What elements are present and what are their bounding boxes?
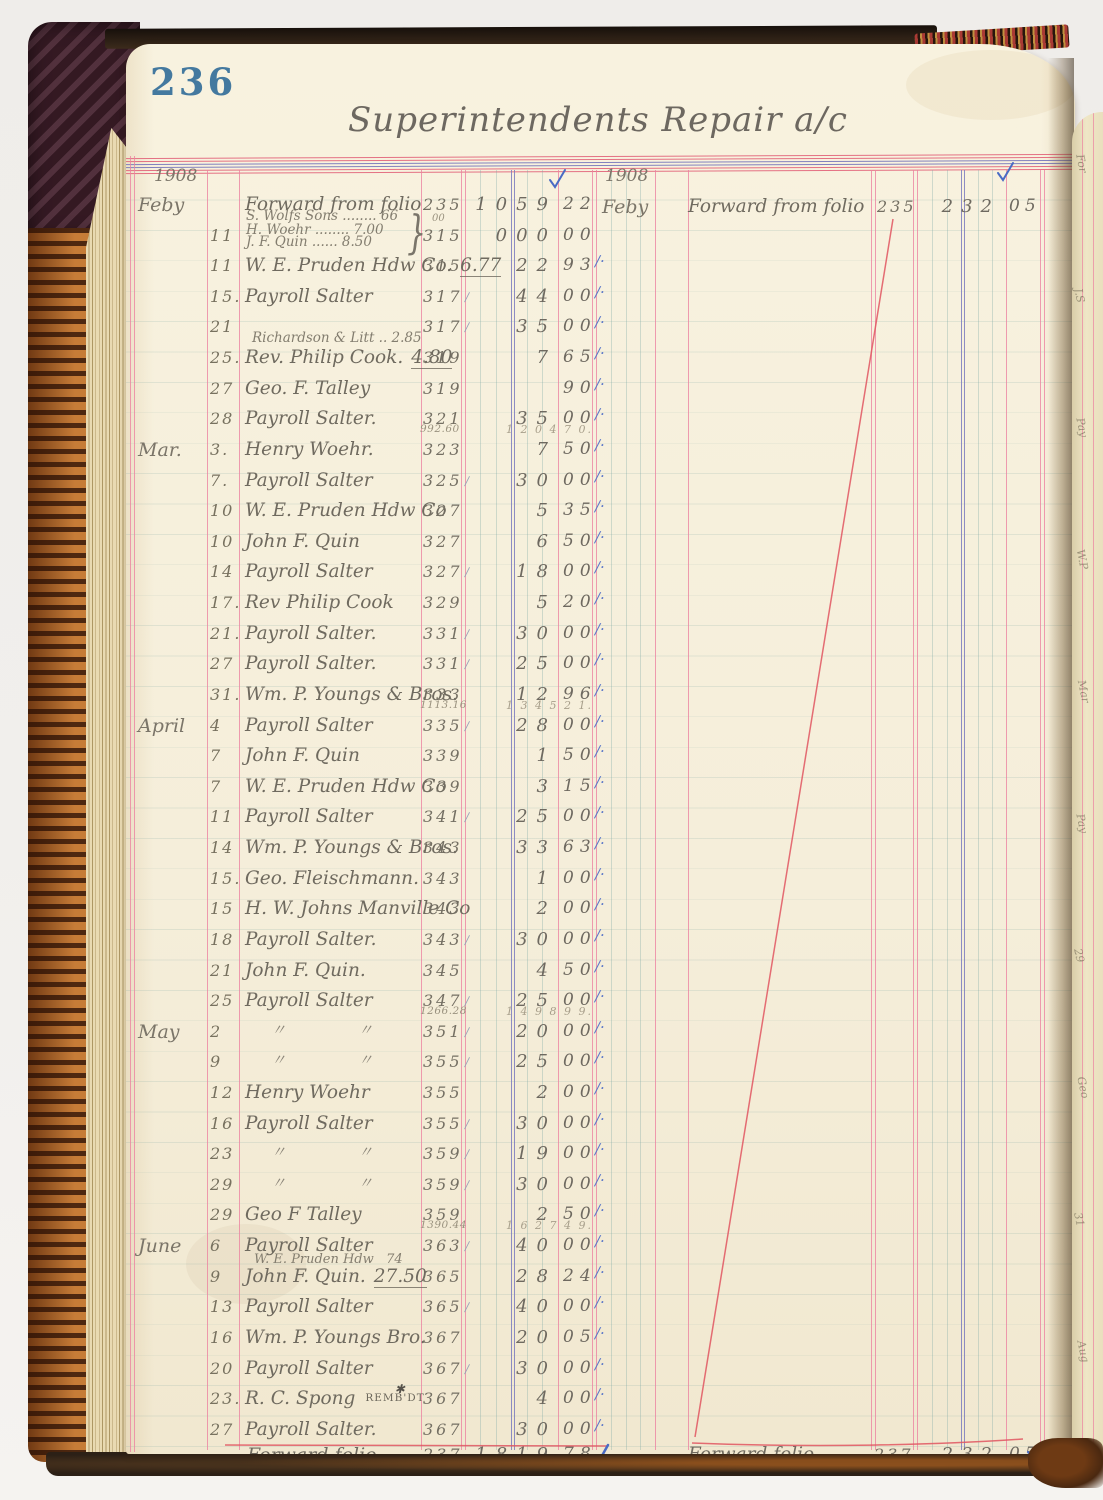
ledger-entry-row: 25Payroll Salter347∕1266.2825001 4 9 8 9… [126, 990, 1073, 1021]
leather-wear-blotch [1028, 1438, 1103, 1488]
folio-check-mark: ∕ [465, 719, 469, 733]
entry-amount-dollars: 6 [537, 531, 557, 552]
forward-amount-dollars: 232 [942, 1444, 1000, 1454]
entry-description-text: Payroll Salter [245, 561, 373, 582]
entry-amount-dollars: 19 [516, 1143, 557, 1164]
entry-description-text: Payroll Salter. [245, 1419, 377, 1440]
entry-amount-cents: 50 [563, 960, 597, 980]
entry-description: Payroll Salter. [245, 1419, 377, 1440]
entry-day: 18 [210, 930, 234, 949]
entry-amount-dollars: 33 [516, 837, 557, 858]
entry-amount-dollars: 5 [537, 500, 557, 521]
posting-tick-mark: ∕· [595, 313, 605, 331]
entry-day: 9 [210, 1267, 222, 1286]
entry-folio: 315 [423, 256, 463, 275]
entry-description-text: John F. Quin. [245, 1266, 366, 1287]
entry-description: Henry Woehr. [245, 439, 374, 460]
entry-description-text: John F. Quin [245, 745, 360, 766]
entry-folio: 329 [423, 593, 463, 612]
entry-description-text: Geo F Talley [245, 1204, 362, 1225]
entry-amount-dollars: 20 [516, 1021, 557, 1042]
entry-day: 23 [210, 1144, 234, 1163]
ledger-entry-row: May2〃〃351∕2000∕· [126, 1021, 1073, 1052]
posting-tick-mark: ∕· [595, 1416, 605, 1434]
entry-amount-dollars: 7 [537, 439, 557, 460]
entry-description: John F. Quin [245, 745, 360, 766]
entry-amount-cents: 63 [563, 837, 597, 857]
ledger-entry-row: 7John F. Quin339150∕· [126, 745, 1073, 776]
posting-tick-mark: ∕· [595, 1324, 605, 1342]
entry-description-text: R. C. Spong [245, 1388, 355, 1409]
entry-day: 12 [210, 1083, 234, 1102]
entry-day: 31. [210, 685, 241, 704]
entry-folio: 327 [423, 562, 463, 581]
posting-tick-mark: ∕· [595, 1079, 605, 1097]
entry-amount-dollars: 30 [516, 1358, 557, 1379]
ledger-entry-row: 15.Geo. Fleischmann.343100∕· [126, 868, 1073, 899]
ledger-entry-row: 18Payroll Salter.343∕3000∕· [126, 929, 1073, 960]
entry-amount-dollars: 2 [537, 1082, 557, 1103]
ledger-entry-row: April4Payroll Salter335∕2800∕· [126, 715, 1073, 746]
entry-amount-cents: 00 [563, 898, 597, 918]
entry-folio: 319 [423, 379, 463, 398]
entry-description-text: Wm. P. Youngs Bro. [245, 1327, 426, 1348]
posting-tick-mark: ∕· [595, 1018, 605, 1036]
ditto-mark: 〃 [358, 1172, 373, 1193]
entry-description: John F. Quin.27.50 [245, 1266, 427, 1287]
entry-amount-cents: 00 [563, 1235, 597, 1255]
entry-amount-cents: 00 [563, 1358, 597, 1378]
entry-description: John F. Quin. [245, 960, 366, 981]
next-page-scribble: Aug [1074, 1339, 1091, 1363]
entry-description-text: W. E. Pruden Hdw Co. [245, 255, 452, 276]
entry-description-text: Geo. Fleischmann. [245, 868, 419, 889]
underlined-amount-note: 6.77 [460, 255, 501, 277]
ledger-entry-row: Mar.3.Henry Woehr.323750∕· [126, 439, 1073, 470]
entry-description-text: Geo. F. Talley [245, 378, 370, 399]
entry-description: Payroll Salter [245, 806, 373, 827]
entry-month: Mar. [138, 439, 182, 461]
entry-amount-cents: 00 [563, 653, 597, 673]
ledger-entry-row: 20Payroll Salter367∕3000∕· [126, 1358, 1073, 1389]
ditto-mark: 〃 [358, 1019, 373, 1040]
entry-day: 4 [210, 716, 222, 735]
entry-day: 21 [210, 961, 234, 980]
entry-amount-dollars: 22 [516, 255, 557, 276]
entry-amount-cents: 50 [563, 531, 597, 551]
entry-day: 15. [210, 869, 241, 888]
entry-description: R. C. SpongREMB'DT✱ [245, 1388, 435, 1409]
entry-day: 9 [210, 1052, 222, 1071]
entry-month: April [138, 715, 185, 737]
pencil-running-total: 1 6 2 7 4 9. [506, 1219, 593, 1232]
entry-description: Geo. Fleischmann. [245, 868, 419, 889]
entry-amount-cents: 00 [563, 1082, 597, 1102]
entry-amount-dollars: 5 [537, 592, 557, 613]
entry-amount-dollars: 40 [516, 1296, 557, 1317]
entry-month: May [138, 1021, 180, 1043]
ledger-entry-row: 17.Rev Philip Cook329520∕· [126, 592, 1073, 623]
entry-description-text: W. E. Pruden Hdw Co [245, 500, 447, 521]
posting-tick-mark: ∕· [595, 742, 605, 760]
entry-folio: 367 [423, 1389, 463, 1408]
year-label-right: 1908 [605, 166, 648, 186]
entry-folio: 343 [423, 838, 463, 857]
folio-pencil-note: 1266.28 [420, 1005, 467, 1017]
entry-folio: 341 [423, 807, 463, 826]
entry-amount-cents: 00 [563, 286, 597, 306]
ledger-entry-row: 11W. E. Pruden Hdw Co.6.773152293∕· [126, 255, 1073, 286]
entry-amount-dollars: 2 [537, 898, 557, 919]
entry-amount-cents: 00 [563, 1143, 597, 1163]
ledger-entry-row: 11Payroll Salter341∕2500∕· [126, 806, 1073, 837]
entry-description: Geo. F. Talley [245, 378, 370, 399]
forward-label: Forward folio [688, 1444, 814, 1454]
entry-amount-dollars: 4 [537, 1388, 557, 1409]
entry-day: 29 [210, 1205, 234, 1224]
entry-amount-cents: 00 [563, 1113, 597, 1133]
next-page-scribble: J.S [1072, 287, 1087, 304]
entry-amount-cents: 00 [563, 316, 597, 336]
entry-folio: 367 [423, 1359, 463, 1378]
entry-month: Feby [602, 196, 648, 218]
next-page-scribble: 29 [1072, 947, 1087, 963]
posting-tick-mark: ∕· [595, 1110, 605, 1128]
entry-description: Payroll Salter [245, 715, 373, 736]
posting-tick-mark: ∕· [595, 773, 605, 791]
entry-description-text: Payroll Salter. [245, 653, 377, 674]
entry-amount-cents: 90 [563, 378, 597, 398]
entry-description: Payroll Salter. [245, 653, 377, 674]
entry-folio: 325 [423, 471, 463, 490]
folio-check-mark: ∕ [465, 1362, 469, 1376]
entry-amount-cents: 00 [563, 1174, 597, 1194]
entry-amount-dollars: 30 [516, 470, 557, 491]
entry-amount-cents: 05 [1009, 196, 1041, 216]
entry-amount-dollars: 3 [537, 776, 557, 797]
account-title: Superintendents Repair a/c [348, 100, 848, 140]
entry-amount-cents: 00 [563, 225, 597, 245]
folio-check-mark: ∕ [465, 1178, 469, 1192]
ledger-page: 236 Superintendents Repair a/c [126, 44, 1075, 1454]
entry-amount-dollars: 232 [942, 196, 1000, 217]
posting-tick-mark: ∕· [595, 405, 605, 423]
entry-note-below: Richardson & Litt .. 2.85 [252, 330, 422, 346]
entry-folio: 331 [423, 654, 463, 673]
entry-description-text: Henry Woehr [245, 1082, 370, 1103]
posting-tick-mark: ∕· [595, 1355, 605, 1373]
entry-day: 15 [210, 899, 234, 918]
star-icon: ✱ [395, 1382, 405, 1396]
posting-tick-mark: ∕· [595, 650, 605, 668]
entry-folio: 343 [423, 899, 463, 918]
entry-amount-dollars: 20 [516, 1327, 557, 1348]
entry-description: Wm. P. Youngs Bro. [245, 1327, 426, 1348]
entry-amount-cents: 50 [563, 439, 597, 459]
entry-folio: 367 [423, 1328, 463, 1347]
posting-tick-mark: ∕· [595, 1293, 605, 1311]
column-rule [1082, 112, 1083, 1460]
entry-amount-dollars: 30 [516, 929, 557, 950]
entry-amount-cents: 00 [563, 1419, 597, 1439]
ledger-entry-row: 21Richardson & Litt .. 2.85317∕3500∕· [126, 316, 1073, 347]
ditto-mark: 〃 [271, 1019, 286, 1040]
posting-tick-mark: ∕· [595, 681, 605, 699]
posting-tick-mark: ∕· [595, 497, 605, 515]
entry-description-text: Payroll Salter [245, 1113, 373, 1134]
entry-description: Rev. Philip Cook.4.80 [245, 347, 452, 368]
ledger-entry-row: 27Payroll Salter.331∕2500∕· [126, 653, 1073, 684]
entry-amount-cents: 20 [563, 592, 597, 612]
next-page-scribble: 31 [1072, 1211, 1087, 1227]
entry-day: 15. [210, 287, 241, 306]
entry-description: Payroll Salter [245, 990, 373, 1011]
ditto-mark: 〃 [358, 1141, 373, 1162]
entry-month: June [138, 1235, 181, 1257]
posting-tick-mark: ∕· [595, 344, 605, 362]
entry-day: 25 [210, 991, 234, 1010]
folio-check-mark: ∕ [465, 1239, 469, 1253]
entry-amount-cents: 00 [563, 715, 597, 735]
entry-description: John F. Quin [245, 531, 360, 552]
entry-amount-cents: 00 [563, 1021, 597, 1041]
posting-tick-mark: ∕· [595, 1263, 605, 1281]
ledger-entry-row: 23.R. C. SpongREMB'DT✱367400∕· [126, 1388, 1073, 1419]
folio-check-mark: ∕ [465, 1055, 469, 1069]
folio-check-mark: ∕ [465, 1147, 469, 1161]
entry-amount-dollars: 1 [537, 745, 557, 766]
entry-description: Rev Philip Cook [245, 592, 394, 613]
posting-tick-mark: ∕· [595, 467, 605, 485]
entry-folio: 343 [423, 930, 463, 949]
posting-tick-mark: ∕· [595, 895, 605, 913]
entry-amount-cents: 00 [563, 1388, 597, 1408]
entry-day: 16 [210, 1114, 234, 1133]
entry-folio: 355 [423, 1052, 463, 1071]
forward-total-row-right: Forward folio 237 232 05 [126, 1444, 1073, 1454]
entry-day: 10 [210, 532, 234, 551]
entry-description-text: Rev. Philip Cook. [245, 347, 403, 368]
entry-folio: 327 [423, 501, 463, 520]
entry-amount-dollars: 30 [516, 1174, 557, 1195]
entry-description-text: Payroll Salter [245, 715, 373, 736]
entry-folio: 323 [423, 440, 463, 459]
underlined-amount-note: 27.50 [374, 1266, 427, 1288]
entry-description-text: Payroll Salter [245, 990, 373, 1011]
next-page-scribble: For [1073, 153, 1090, 174]
entry-description: Payroll Salter. [245, 408, 377, 429]
entry-description: Payroll Salter [245, 1296, 373, 1317]
posting-tick-mark: ∕· [595, 620, 605, 638]
entry-amount-cents: 65 [563, 347, 597, 367]
ledger-entry-row: 16Payroll Salter355∕3000∕· [126, 1113, 1073, 1144]
entry-folio: 339 [423, 777, 463, 796]
entry-day: 10 [210, 501, 234, 520]
ledger-entry-row: 29Geo F Talley3591390.442501 6 2 7 4 9.∕… [126, 1204, 1073, 1235]
ledger-entry-row: 23〃〃359∕1900∕· [126, 1143, 1073, 1174]
entry-amount-dollars: 18 [516, 561, 557, 582]
entry-day: 14 [210, 838, 234, 857]
column-rule [1093, 112, 1094, 1460]
ditto-mark: 〃 [271, 1049, 286, 1070]
posting-tick-mark: ∕· [595, 558, 605, 576]
entry-amount-cents: 00 [563, 1296, 597, 1316]
entry-amount-cents: 15 [563, 776, 597, 796]
entry-description-text: Rev Philip Cook [245, 592, 394, 613]
book-bottom-edge [46, 1452, 1060, 1476]
entry-folio: 359 [423, 1144, 463, 1163]
ledger-entry-row: 15.Payroll Salter317∕4400∕· [126, 286, 1073, 317]
folio-check-mark: ∕ [465, 290, 469, 304]
entry-description: Payroll Salter. [245, 623, 377, 644]
entry-folio: 335 [423, 716, 463, 735]
pencil-running-total: 1 2 0 4 7 0. [506, 423, 593, 436]
ledger-entry-row: 7W. E. Pruden Hdw Co339315∕· [126, 776, 1073, 807]
entry-description: Payroll Salter [245, 1113, 373, 1134]
page-number: 236 [150, 60, 236, 104]
entry-amount-dollars: 7 [537, 347, 557, 368]
posting-tick-mark: ∕· [595, 1171, 605, 1189]
entry-day: 2 [210, 1022, 222, 1041]
entry-day: 11 [210, 807, 234, 826]
entry-description-text: Payroll Salter [245, 470, 373, 491]
entry-amount-dollars: 4 [537, 960, 557, 981]
ditto-mark: 〃 [271, 1172, 286, 1193]
entry-folio: 365 [423, 1267, 463, 1286]
folio-pencil-note: 1113.16 [420, 699, 467, 711]
entry-day: 6 [210, 1236, 222, 1255]
entry-amount-cents: 00 [563, 470, 597, 490]
ledger-entry-row: 16Wm. P. Youngs Bro.3672005∕· [126, 1327, 1073, 1358]
folio-check-mark: ∕ [465, 320, 469, 334]
folio-pencil-note: 992.60 [420, 423, 460, 435]
folio-check-mark: ∕ [465, 657, 469, 671]
posting-tick-mark: ∕· [595, 1385, 605, 1403]
entry-day: 11 [210, 226, 234, 245]
entry-day: 14 [210, 562, 234, 581]
book-fore-edge-stripes [28, 228, 90, 1462]
ledger-entry-row: 15H. W. Johns Manville Co343200∕· [126, 898, 1073, 929]
entry-description: Forward from folio [688, 196, 864, 217]
entry-description-text: W. E. Pruden Hdw Co [245, 776, 447, 797]
entry-amount-dollars: 000 [496, 225, 557, 246]
entry-amount-dollars: 25 [516, 1051, 557, 1072]
entry-amount-dollars: 1 [537, 868, 557, 889]
ledger-entry-row: 28Payroll Salter.321992.6035001 2 0 4 7 … [126, 408, 1073, 439]
entry-amount-dollars: 35 [516, 316, 557, 337]
entry-amount-cents: 00 [563, 929, 597, 949]
entry-folio: 331 [423, 624, 463, 643]
entry-folio: 351 [423, 1022, 463, 1041]
entry-amount-dollars: 30 [516, 1419, 557, 1440]
entry-description: Payroll Salter [245, 1358, 373, 1379]
posting-tick-mark: ∕· [595, 589, 605, 607]
posting-tick-mark: ∕· [595, 1048, 605, 1066]
entry-day: 11 [210, 256, 234, 275]
folio-pencil-note: 1390.44 [420, 1219, 467, 1231]
entry-folio: 345 [423, 961, 463, 980]
entry-day: 16 [210, 1328, 234, 1347]
next-page-scribble: Geo [1074, 1075, 1091, 1099]
entry-folio: 339 [423, 746, 463, 765]
entry-description-text: Payroll Salter [245, 806, 373, 827]
ditto-mark: 〃 [358, 1049, 373, 1070]
entry-folio: 319 [423, 348, 463, 367]
entry-subline: J. F. Quin ...... 8.50 [246, 234, 372, 250]
folio-check-mark: ∕ [465, 810, 469, 824]
entry-folio: 355 [423, 1114, 463, 1133]
posting-tick-mark: ∕· [595, 283, 605, 301]
folio-check-mark: ∕ [465, 933, 469, 947]
entry-description: Henry Woehr [245, 1082, 370, 1103]
entry-description-text: Payroll Salter [245, 1296, 373, 1317]
entry-folio: 343 [423, 869, 463, 888]
posting-tick-mark: ∕· [595, 1140, 605, 1158]
ledger-entry-row: 13Payroll Salter365∕4000∕· [126, 1296, 1073, 1327]
entry-note-above: W. E. Pruden Hdw 74 [254, 1252, 403, 1267]
entry-amount-dollars: 28 [516, 1266, 557, 1287]
posting-tick-mark: ∕· [595, 1232, 605, 1250]
posting-tick-mark: ∕· [595, 252, 605, 270]
folio-check-mark: ∕ [465, 474, 469, 488]
entry-folio: 363 [423, 1236, 463, 1255]
entry-day: 7 [210, 746, 222, 765]
folio-check-mark: ∕ [465, 1025, 469, 1039]
entry-description: Payroll Salter [245, 286, 373, 307]
ledger-entry-row: 27Geo. F. Talley31990∕· [126, 378, 1073, 409]
entry-folio: 365 [423, 1297, 463, 1316]
entry-folio: 317 [423, 287, 463, 306]
next-page-edge: ForJ.SPayW.PMarPay29Geo31Aug [1072, 112, 1103, 1460]
posting-tick-mark: ∕· [595, 528, 605, 546]
posting-tick-mark: ∕· [595, 375, 605, 393]
pencil-running-total: 1 4 9 8 9 9. [506, 1005, 593, 1018]
ledger-entry-row: 9John F. Quin.27.50W. E. Pruden Hdw 7436… [126, 1266, 1073, 1297]
entry-amount-cents: 00 [563, 623, 597, 643]
entry-day: 13 [210, 1297, 234, 1316]
entry-description: Payroll Salter [245, 561, 373, 582]
entry-day: 17. [210, 593, 241, 612]
entry-amount-cents: 00 [563, 561, 597, 581]
ledger-entry-row: 7.Payroll Salter325∕3000∕· [126, 470, 1073, 501]
posting-tick-mark: ∕· [595, 834, 605, 852]
pencil-running-total: 1 3 4 5 2 1. [506, 699, 593, 712]
entry-description-text: Payroll Salter. [245, 623, 377, 644]
entry-amount-cents: 00 [563, 1051, 597, 1071]
ledger-entry-row: 14Payroll Salter327∕1800∕· [126, 561, 1073, 592]
entry-description-text: Payroll Salter. [245, 408, 377, 429]
next-page-scribble: Mar [1075, 679, 1093, 704]
ditto-mark: 〃 [271, 1141, 286, 1162]
entry-day: 7. [210, 471, 229, 490]
entry-description-text: John F. Quin [245, 531, 360, 552]
entry-day: 20 [210, 1359, 234, 1378]
ledger-entry-row: 29〃〃359∕3000∕· [126, 1174, 1073, 1205]
entry-amount-dollars: 30 [516, 623, 557, 644]
folio-check-mark: ∕ [465, 1300, 469, 1314]
entry-description: Payroll Salter [245, 470, 373, 491]
entry-description-text: Henry Woehr. [245, 439, 374, 460]
entry-description-text: John F. Quin. [245, 960, 366, 981]
entry-folio: 315 [423, 226, 463, 245]
posting-tick-mark: ∕· [595, 436, 605, 454]
entry-amount-cents: 00 [563, 806, 597, 826]
next-page-scribble: Pay [1073, 813, 1090, 835]
posting-tick-mark: ∕· [595, 865, 605, 883]
entry-day: 27 [210, 654, 234, 673]
posting-tick-mark: ∕· [595, 1201, 605, 1219]
posting-tick-mark: ∕· [595, 987, 605, 1005]
